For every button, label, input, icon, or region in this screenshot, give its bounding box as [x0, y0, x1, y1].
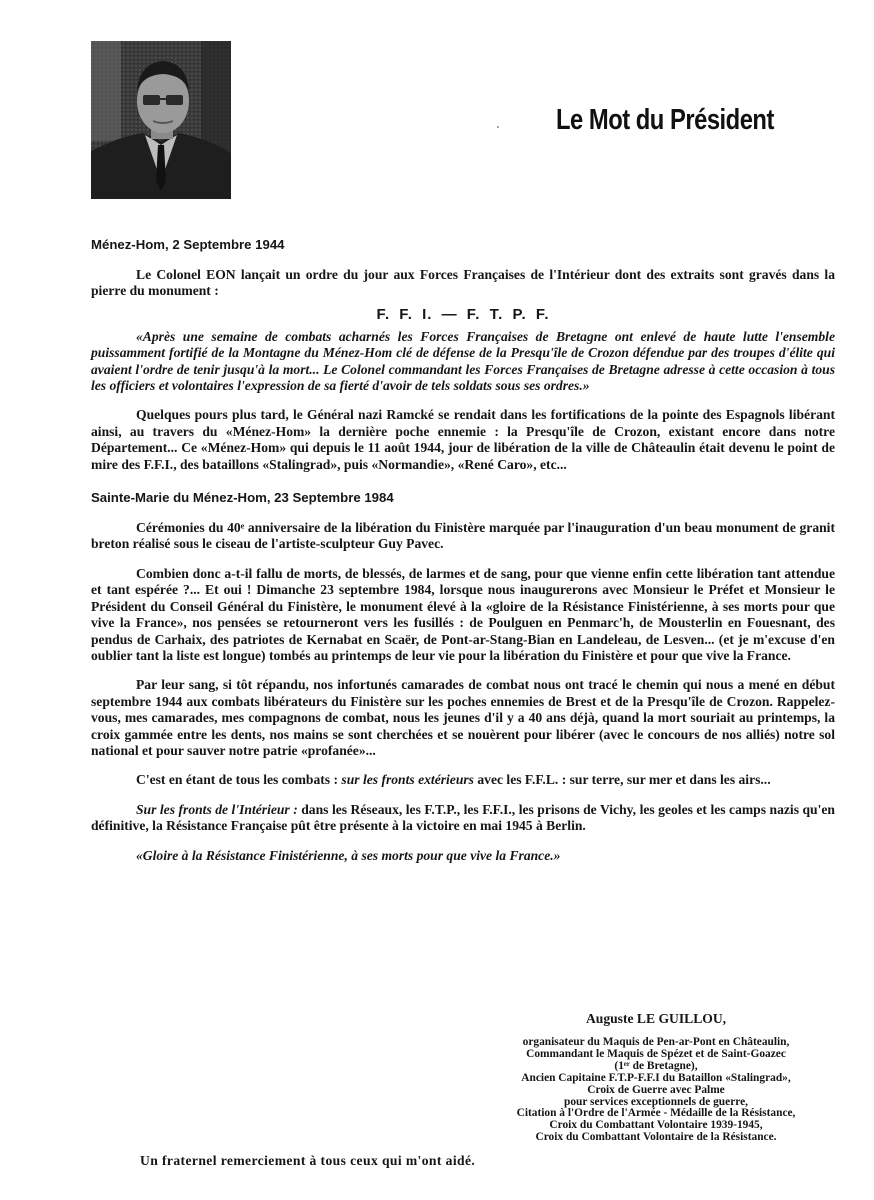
signatory-title: Croix du Combattant Volontaire de la Rés…: [466, 1132, 846, 1144]
blood-paragraph: Par leur sang, si tôt répandu, nos infor…: [91, 677, 835, 759]
intro-paragraph: Le Colonel EON lançait un ordre du jour …: [91, 267, 835, 300]
fronts-int-italic: Sur les fronts de l'Intérieur :: [136, 802, 298, 817]
page-title: Le Mot du Président: [556, 104, 774, 137]
fronts-interieur-paragraph: Sur les fronts de l'Intérieur : dans les…: [91, 802, 835, 835]
ffi-ftpf-heading: F. F. I. — F. T. P. F.: [91, 306, 835, 323]
portrait-image: [91, 41, 231, 199]
article-body: Ménez-Hom, 2 Septembre 1944 Le Colonel E…: [91, 236, 835, 864]
ceremony-paragraph: Cérémonies du 40ᵉ anniversaire de la lib…: [91, 520, 835, 553]
ramcke-paragraph: Quelques pours plus tard, le Général naz…: [91, 407, 835, 473]
section-heading-1984: Sainte-Marie du Ménez-Hom, 23 Septembre …: [91, 489, 835, 507]
signatory-title: Croix de Guerre avec Palme: [466, 1085, 846, 1097]
print-speck: [497, 126, 499, 128]
fronts-exterieurs-paragraph: C'est en étant de tous les combats : sur…: [91, 772, 835, 788]
liberation-paragraph: Combien donc a-t-il fallu de morts, de b…: [91, 566, 835, 664]
colonel-quote: «Après une semaine de combats acharnés l…: [91, 329, 835, 395]
signatory-title: (1ᵉʳ de Bretagne),: [466, 1061, 846, 1073]
fronts-ext-before: C'est en étant de tous les combats :: [136, 772, 341, 787]
fronts-ext-italic: sur les fronts extérieurs: [341, 772, 474, 787]
signatory-name: Auguste LE GUILLOU,: [466, 1010, 846, 1028]
signature-block: Auguste LE GUILLOU, organisateur du Maqu…: [466, 1010, 846, 1144]
president-portrait-photo: [91, 41, 231, 199]
thanks-line: Un fraternel remerciement à tous ceux qu…: [140, 1153, 475, 1169]
signatory-title: Ancien Capitaine F.T.P-F.F.I du Bataillo…: [466, 1073, 846, 1085]
closing-quote: «Gloire à la Résistance Finistérienne, à…: [91, 848, 835, 864]
section-heading-1944: Ménez-Hom, 2 Septembre 1944: [91, 236, 835, 254]
fronts-ext-after: avec les F.F.L. : sur terre, sur mer et …: [474, 772, 771, 787]
